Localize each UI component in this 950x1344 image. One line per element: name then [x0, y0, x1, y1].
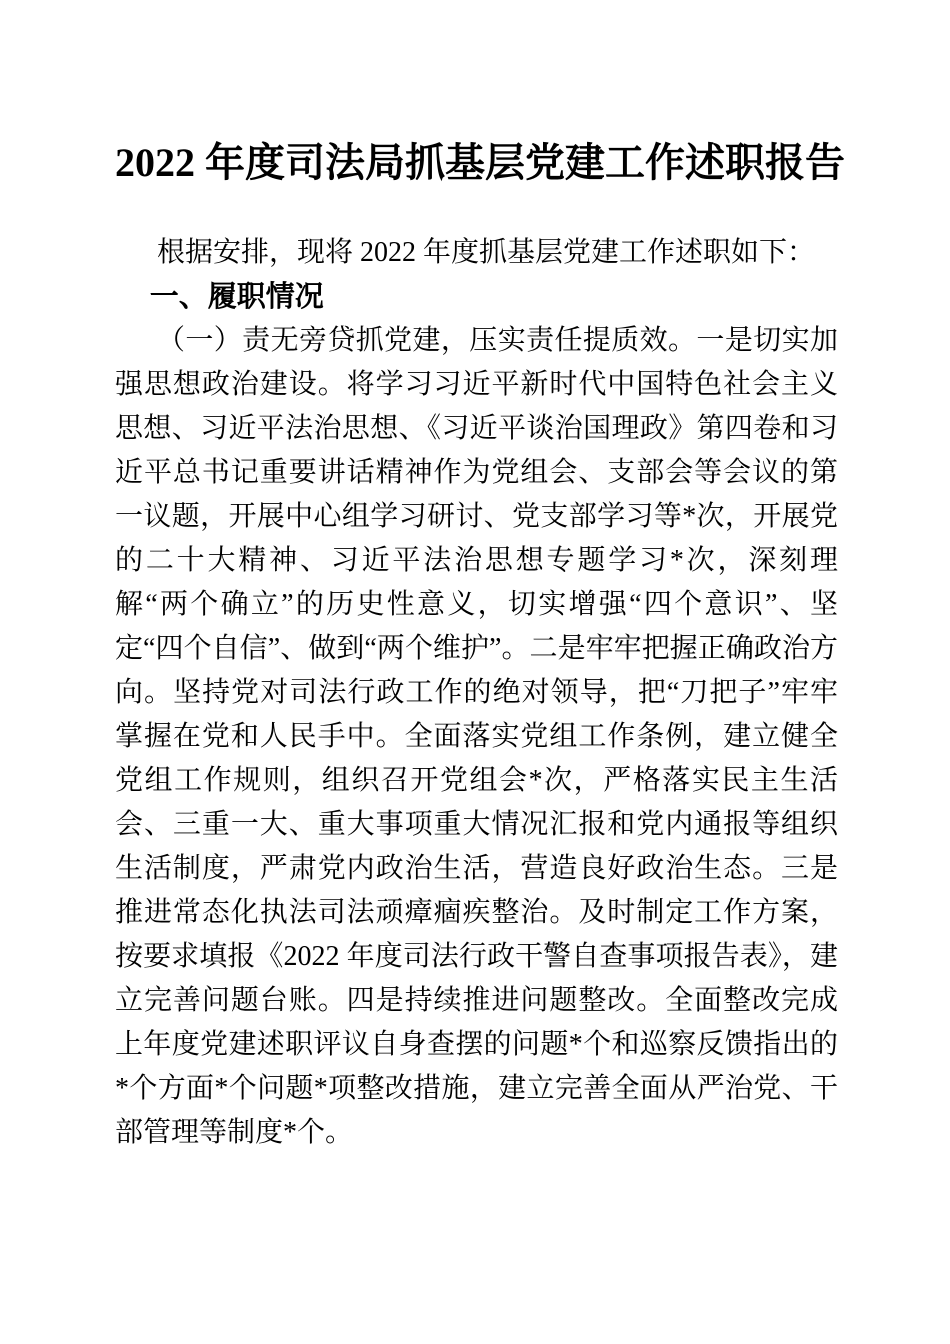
document-title: 2022 年度司法局抓基层党建工作述职报告 — [115, 138, 838, 188]
document-page: 2022 年度司法局抓基层党建工作述职报告 根据安排，现将 2022 年度抓基层… — [0, 0, 950, 1344]
intro-paragraph: 根据安排，现将 2022 年度抓基层党建工作述职如下： — [115, 231, 838, 275]
body-paragraph-1: （一）责无旁贷抓党建，压实责任提质效。一是切实加强思想政治建设。将学习习近平新时… — [115, 319, 838, 1155]
section-heading-performance: 一、履职情况 — [115, 275, 838, 319]
